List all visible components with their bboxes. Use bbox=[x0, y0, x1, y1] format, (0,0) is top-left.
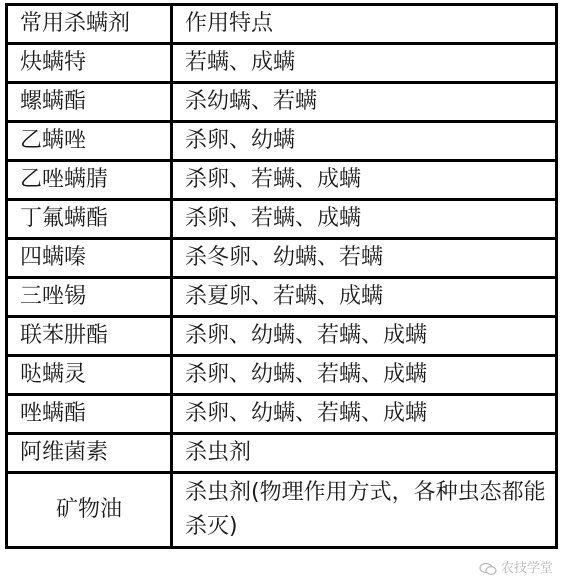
acaricide-feature: 杀冬卵、幼螨、若螨 bbox=[172, 239, 557, 278]
table-row: 乙螨唑 杀卵、幼螨 bbox=[7, 122, 557, 161]
acaricide-name: 矿物油 bbox=[7, 473, 172, 548]
watermark: 农技学堂 bbox=[479, 561, 553, 577]
table-row: 哒螨灵 杀卵、幼螨、若螨、成螨 bbox=[7, 356, 557, 395]
acaricide-feature: 杀卵、幼螨、若螨、成螨 bbox=[172, 395, 557, 434]
acaricide-name: 炔螨特 bbox=[7, 44, 172, 83]
table-row: 丁氟螨酯 杀卵、若螨、成螨 bbox=[7, 200, 557, 239]
table-row: 三唑锡 杀夏卵、若螨、成螨 bbox=[7, 278, 557, 317]
acaricide-feature: 杀卵、幼螨、若螨、成螨 bbox=[172, 317, 557, 356]
table-row: 矿物油 杀虫剂(物理作用方式，各种虫态都能杀灭) bbox=[7, 473, 557, 548]
acaricide-feature: 若螨、成螨 bbox=[172, 44, 557, 83]
acaricide-feature: 杀卵、幼螨、若螨、成螨 bbox=[172, 356, 557, 395]
acaricide-name: 唑螨酯 bbox=[7, 395, 172, 434]
acaricide-name: 三唑锡 bbox=[7, 278, 172, 317]
acaricide-feature: 杀虫剂 bbox=[172, 434, 557, 473]
acaricide-name: 丁氟螨酯 bbox=[7, 200, 172, 239]
acaricide-name: 乙唑螨腈 bbox=[7, 161, 172, 200]
table-row: 乙唑螨腈 杀卵、若螨、成螨 bbox=[7, 161, 557, 200]
table-row: 炔螨特 若螨、成螨 bbox=[7, 44, 557, 83]
acaricide-name: 螺螨酯 bbox=[7, 83, 172, 122]
table-row: 四螨嗪 杀冬卵、幼螨、若螨 bbox=[7, 239, 557, 278]
acaricide-name: 四螨嗪 bbox=[7, 239, 172, 278]
watermark-text: 农技学堂 bbox=[501, 561, 553, 577]
header-acaricide: 常用杀螨剂 bbox=[7, 5, 172, 44]
table-row: 阿维菌素 杀虫剂 bbox=[7, 434, 557, 473]
acaricide-name: 乙螨唑 bbox=[7, 122, 172, 161]
wechat-icon bbox=[479, 562, 497, 576]
acaricide-name: 哒螨灵 bbox=[7, 356, 172, 395]
acaricide-table: 常用杀螨剂 作用特点 炔螨特 若螨、成螨 螺螨酯 杀幼螨、若螨 乙螨唑 杀卵、幼… bbox=[5, 3, 558, 549]
acaricide-feature: 杀卵、若螨、成螨 bbox=[172, 200, 557, 239]
acaricide-feature: 杀卵、幼螨 bbox=[172, 122, 557, 161]
acaricide-feature: 杀虫剂(物理作用方式，各种虫态都能杀灭) bbox=[185, 480, 546, 539]
table-row: 螺螨酯 杀幼螨、若螨 bbox=[7, 83, 557, 122]
table-header-row: 常用杀螨剂 作用特点 bbox=[7, 5, 557, 44]
acaricide-feature-cell: 杀虫剂(物理作用方式，各种虫态都能杀灭) bbox=[172, 473, 557, 548]
acaricide-feature: 杀幼螨、若螨 bbox=[172, 83, 557, 122]
header-feature: 作用特点 bbox=[172, 5, 557, 44]
table-row: 联苯肼酯 杀卵、幼螨、若螨、成螨 bbox=[7, 317, 557, 356]
acaricide-name: 阿维菌素 bbox=[7, 434, 172, 473]
table-row: 唑螨酯 杀卵、幼螨、若螨、成螨 bbox=[7, 395, 557, 434]
acaricide-feature: 杀卵、若螨、成螨 bbox=[172, 161, 557, 200]
acaricide-name: 联苯肼酯 bbox=[7, 317, 172, 356]
acaricide-feature: 杀夏卵、若螨、成螨 bbox=[172, 278, 557, 317]
